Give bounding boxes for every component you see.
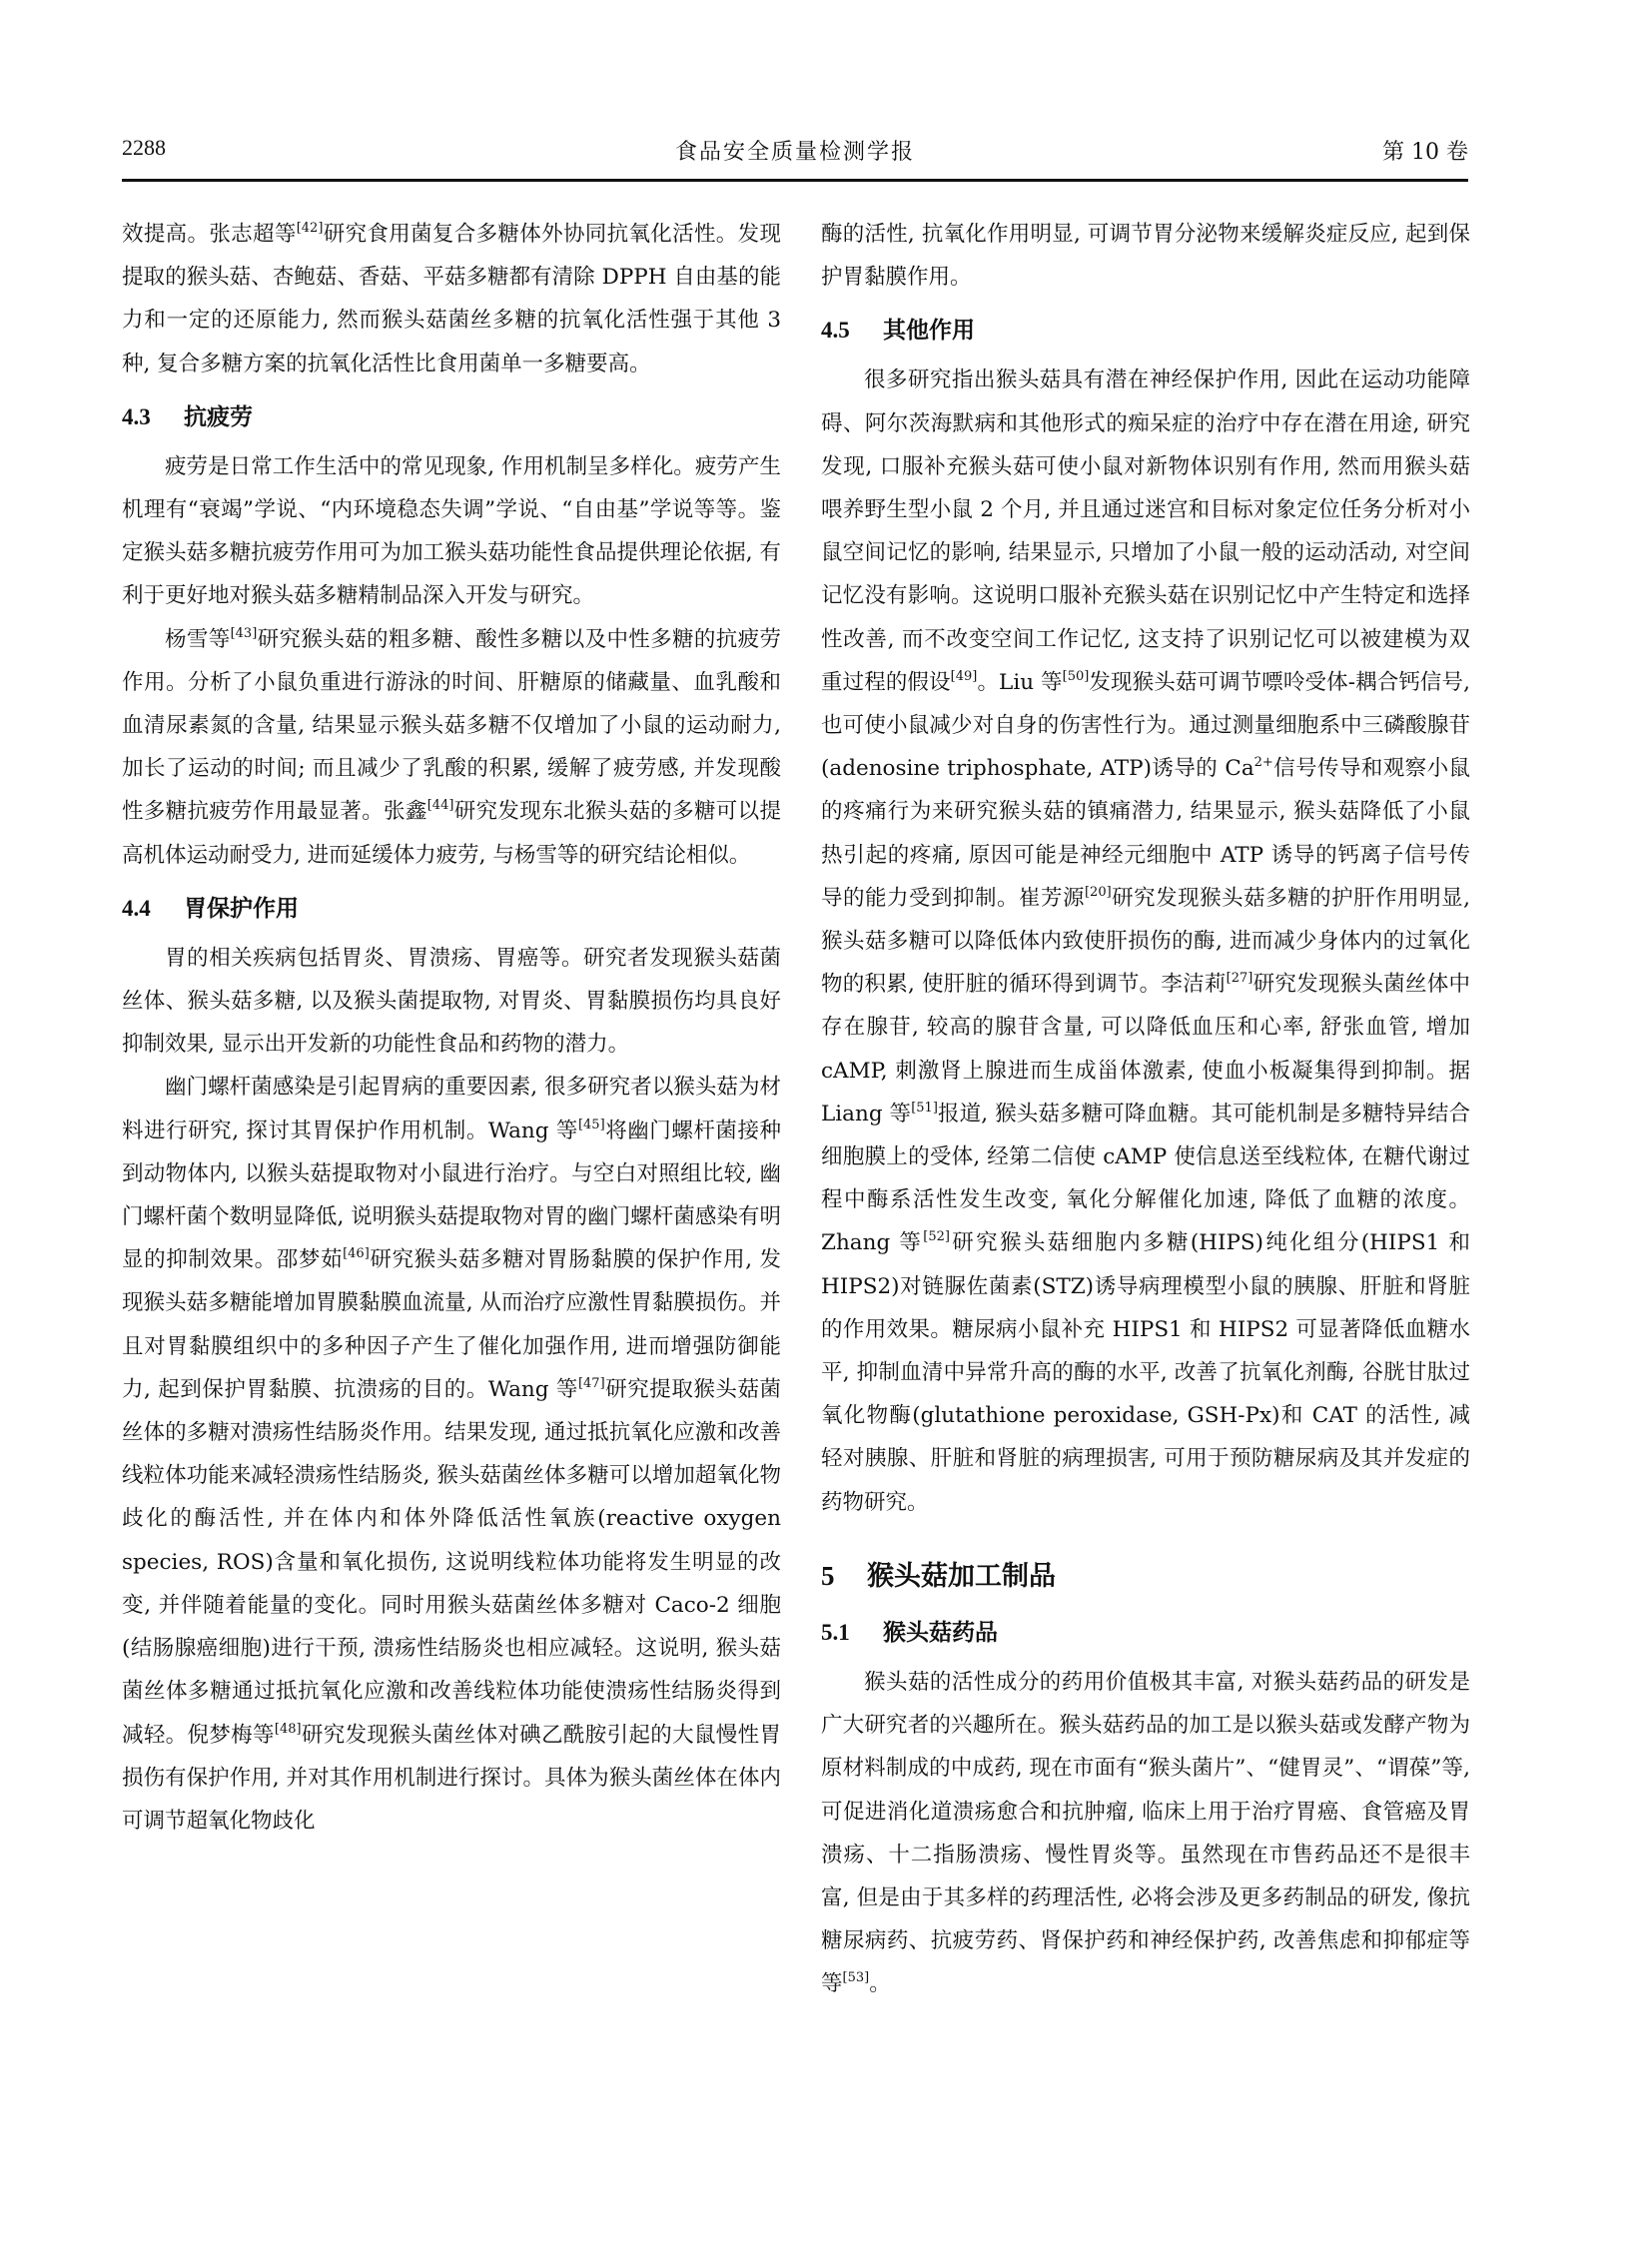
section-heading-4-4: 4.4胃保护作用 (122, 889, 781, 929)
section-title: 猴头菇加工制品 (867, 1561, 1056, 1592)
section-number: 5.1 (821, 1613, 883, 1653)
paragraph: 胃的相关疾病包括胃炎、胃溃疡、胃癌等。研究者发现猴头菇菌丝体、猴头菇多糖, 以及… (122, 937, 781, 1067)
citation: [27] (1227, 971, 1253, 986)
section-title: 猴头菇药品 (883, 1619, 998, 1646)
journal-title: 食品安全质量检测学报 (122, 135, 1468, 166)
section-number: 5 (821, 1554, 867, 1598)
text: 很多研究指出猴头菇具有潜在神经保护作用, 因此在运动功能障碍、阿尔茨海默病和其他… (821, 368, 1470, 694)
section-number: 4.5 (821, 311, 883, 351)
paragraph-continued: 效提高。张志超等[42]研究食用菌复合多糖体外协同抗氧化活性。发现提取的猴头菇、… (122, 213, 781, 385)
section-heading-5-1: 5.1猴头菇药品 (821, 1613, 1470, 1653)
citation: [46] (343, 1246, 370, 1261)
section-title: 抗疲劳 (184, 403, 253, 430)
left-column: 效提高。张志超等[42]研究食用菌复合多糖体外协同抗氧化活性。发现提取的猴头菇、… (122, 213, 781, 1843)
paragraph: 猴头菇的活性成分的药用价值极其丰富, 对猴头菇药品的研发是广大研究者的兴趣所在。… (821, 1661, 1470, 2006)
superscript-charge: 2+ (1254, 755, 1273, 770)
citation: [52] (923, 1229, 950, 1244)
text: 研究猴头菇的粗多糖、酸性多糖以及中性多糖的抗疲劳作用。分析了小鼠负重进行游泳的时… (122, 627, 781, 825)
citation: [47] (578, 1376, 605, 1391)
section-number: 4.3 (122, 397, 184, 437)
paragraph: 很多研究指出猴头菇具有潜在神经保护作用, 因此在运动功能障碍、阿尔茨海默病和其他… (821, 359, 1470, 1523)
citation: [53] (843, 1970, 870, 1985)
section-title: 其他作用 (883, 317, 975, 344)
paragraph-continued: 酶的活性, 抗氧化作用明显, 可调节胃分泌物来缓解炎症反应, 起到保护胃黏膜作用… (821, 213, 1470, 299)
paragraph: 杨雪等[43]研究猴头菇的粗多糖、酸性多糖以及中性多糖的抗疲劳作用。分析了小鼠负… (122, 618, 781, 877)
text: 猴头菇的活性成分的药用价值极其丰富, 对猴头菇药品的研发是广大研究者的兴趣所在。… (821, 1670, 1470, 1996)
text: 效提高。张志超等 (122, 222, 297, 247)
citation: [44] (427, 798, 454, 813)
citation: [49] (951, 669, 978, 684)
citation: [42] (297, 221, 324, 236)
header-rule (122, 179, 1468, 182)
text: 。Liu 等 (977, 670, 1062, 695)
citation: [51] (911, 1101, 938, 1116)
citation: [48] (275, 1722, 302, 1737)
section-heading-4-5: 4.5其他作用 (821, 311, 1470, 351)
paragraph: 幽门螺杆菌感染是引起胃病的重要因素, 很多研究者以猴头菇为材料进行研究, 探讨其… (122, 1066, 781, 1843)
section-heading-5: 5猴头菇加工制品 (821, 1554, 1470, 1599)
text: 杨雪等 (165, 627, 231, 652)
paragraph: 疲劳是日常工作生活中的常见现象, 作用机制呈多样化。疲劳产生机理有“衰竭”学说、… (122, 445, 781, 618)
text: 研究提取猴头菇菌丝体的多糖对溃疡性结肠炎作用。结果发现, 通过抵抗氧化应激和改善… (122, 1377, 781, 1748)
section-title: 胃保护作用 (184, 895, 299, 922)
text: 。 (869, 1971, 891, 1996)
citation: [20] (1085, 885, 1112, 900)
citation: [43] (231, 626, 258, 641)
citation: [50] (1063, 669, 1090, 684)
section-number: 4.4 (122, 889, 184, 929)
section-heading-4-3: 4.3抗疲劳 (122, 397, 781, 437)
running-header: 2288 食品安全质量检测学报 第 10 卷 (122, 135, 1468, 175)
right-column: 酶的活性, 抗氧化作用明显, 可调节胃分泌物来缓解炎症反应, 起到保护胃黏膜作用… (821, 213, 1470, 2006)
text: 研究猴头菇细胞内多糖(HIPS)纯化组分(HIPS1 和 HIPS2)对链脲佐菌… (821, 1230, 1470, 1514)
citation: [45] (578, 1118, 605, 1132)
volume-label: 第 10 卷 (1382, 135, 1468, 166)
